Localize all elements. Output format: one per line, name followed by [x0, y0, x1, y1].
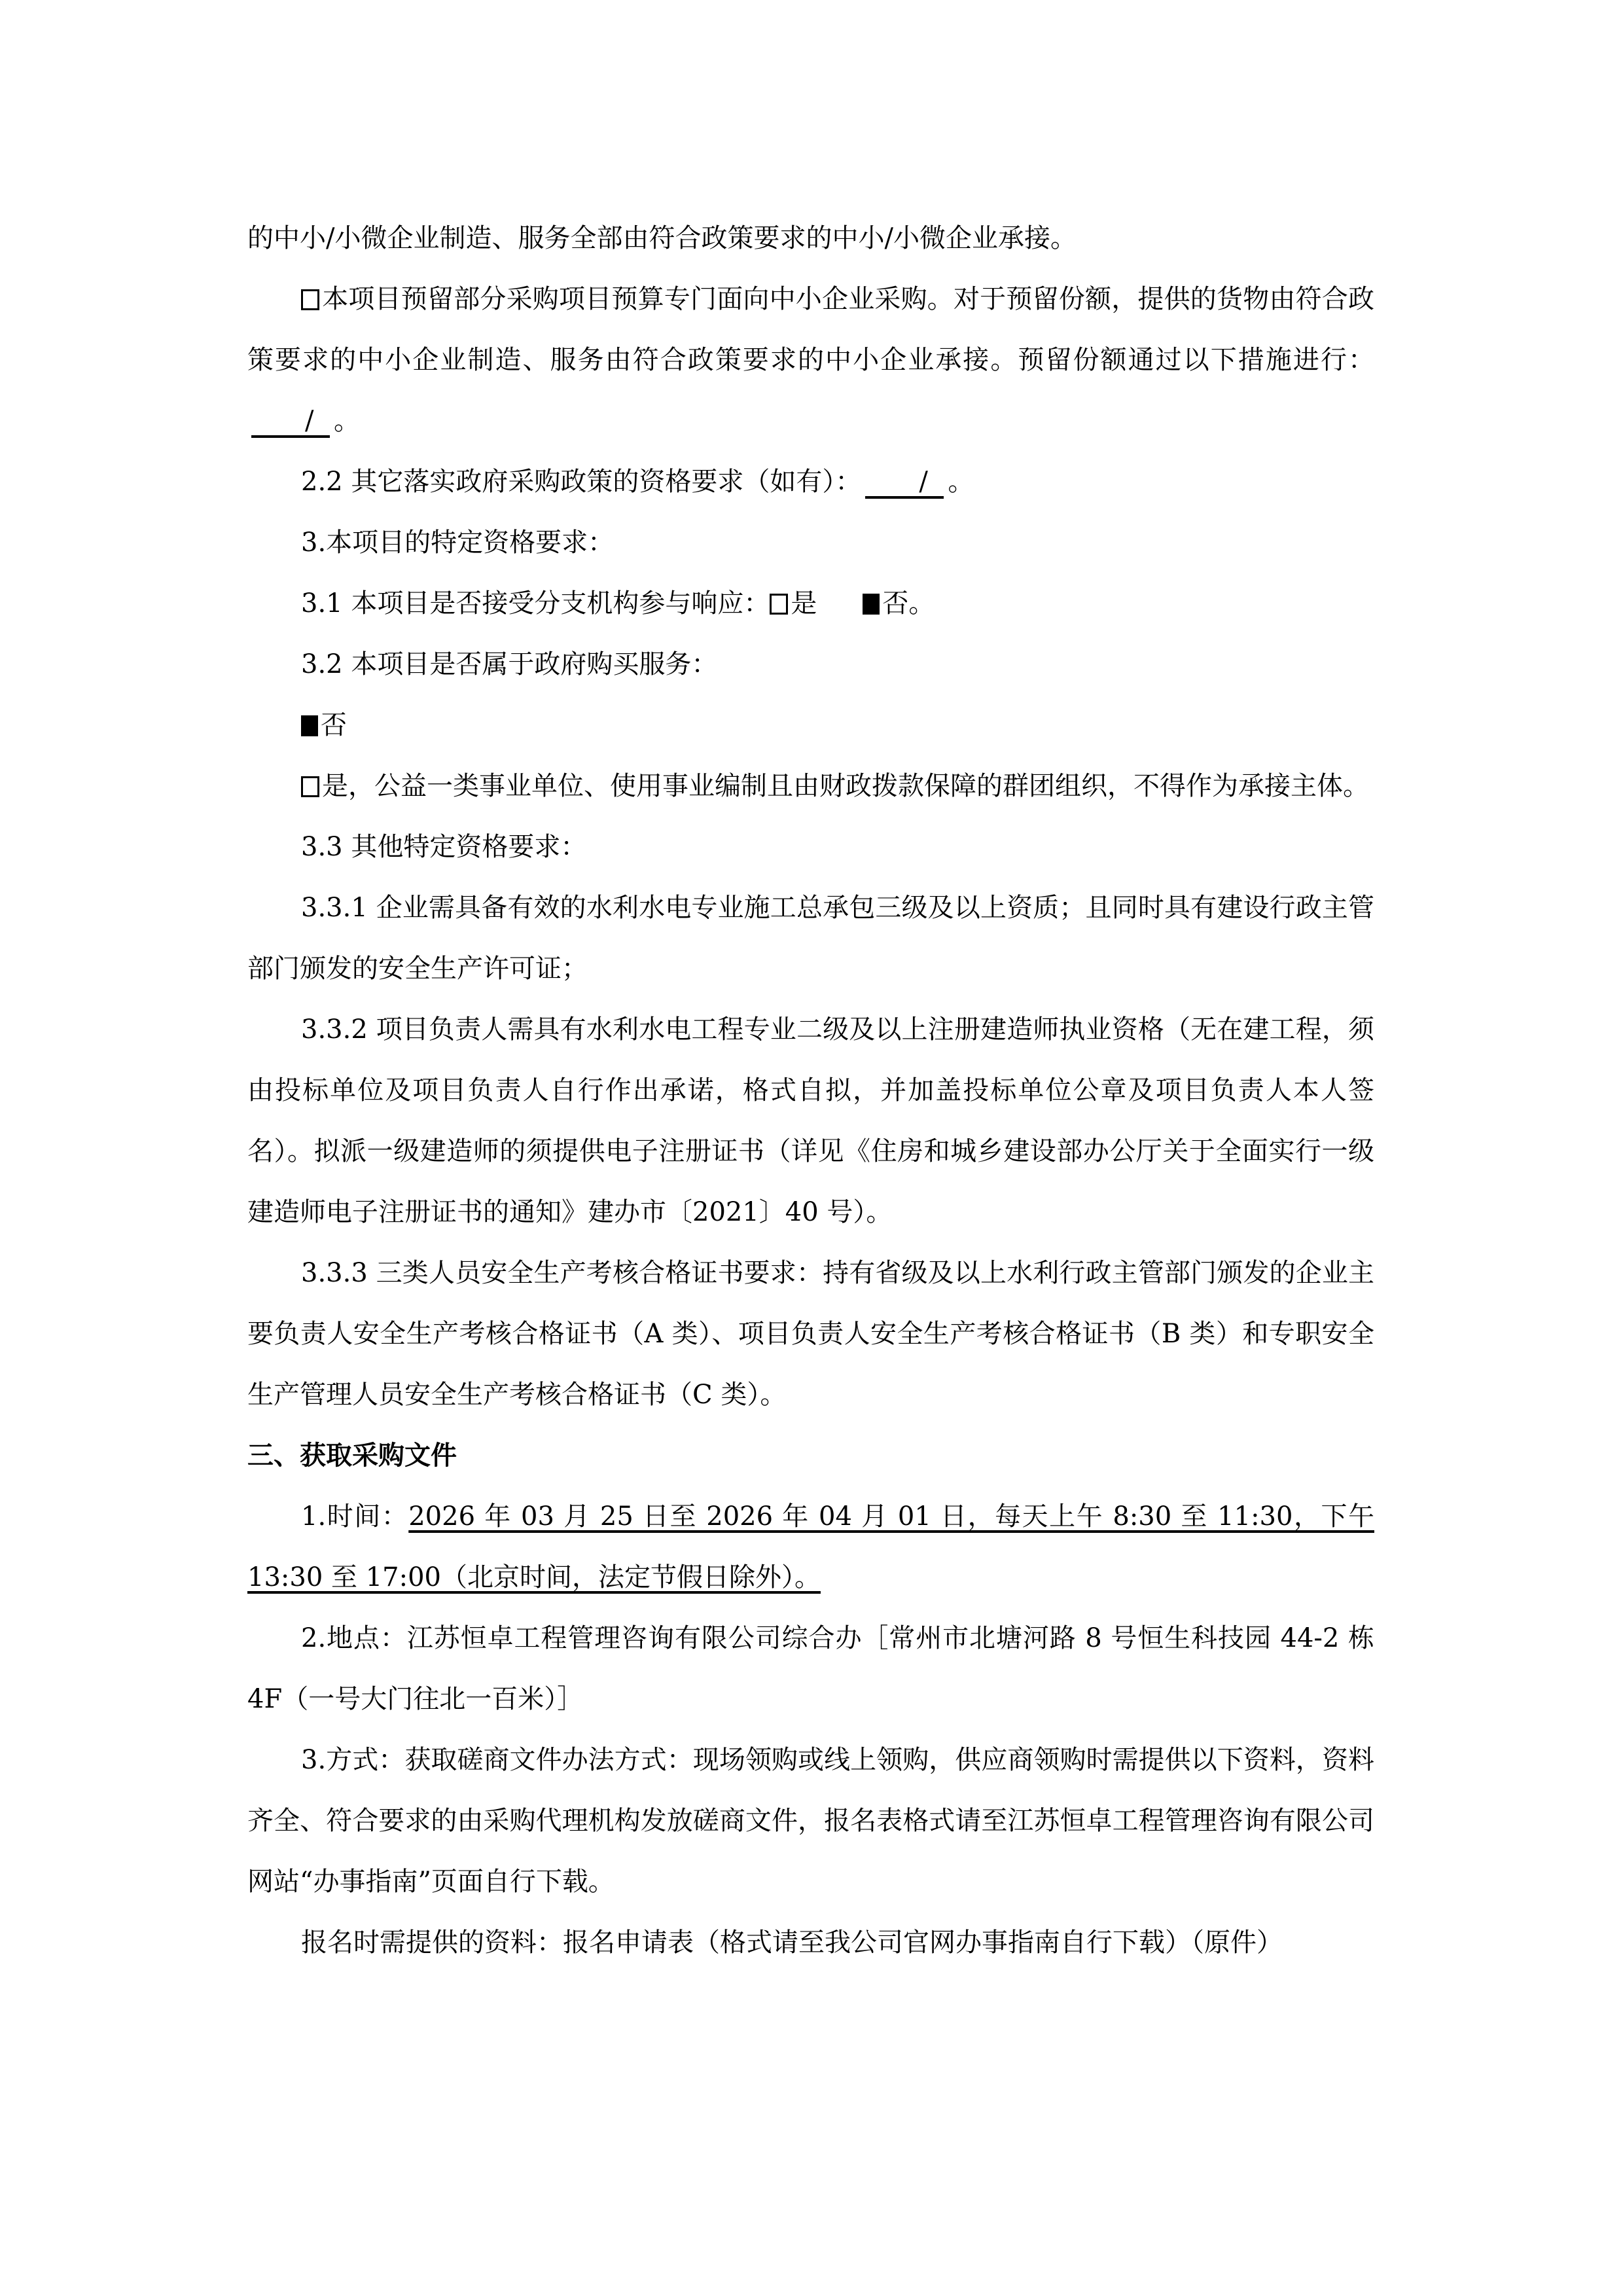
reserve-text: 本项目预留部分采购项目预算专门面向中小企业采购。对于预留份额，提供的货物由符合政… — [247, 284, 1374, 375]
paragraph-3-3: 3.3 其他特定资格要求： — [247, 817, 1374, 878]
paragraph-3-2: 3.2 本项目是否属于政府购买服务： — [247, 634, 1374, 695]
paragraph-3-3-2: 3.3.2 项目负责人需具有水利水电工程专业二级及以上注册建造师执业资格（无在建… — [247, 999, 1374, 1243]
paragraph-location: 2.地点：江苏恒卓工程管理咨询有限公司综合办［常州市北塘河路 8 号恒生科技园 … — [247, 1608, 1374, 1730]
time-label: 1.时间： — [301, 1501, 408, 1532]
checkbox-checked-icon — [301, 715, 318, 736]
fill-blank: / — [251, 406, 330, 438]
option-no: 否 — [321, 710, 347, 740]
section-heading-3: 三、获取采购文件 — [247, 1426, 1374, 1486]
option-yes: 是 — [791, 588, 817, 619]
s22-text: 2.2 其它落实政府采购政策的资格要求（如有）： — [301, 467, 861, 497]
paragraph-required-materials: 报名时需提供的资料：报名申请表（格式请至我公司官网办事指南自行下载）（原件） — [247, 1912, 1374, 1973]
paragraph-reserve-option: 本项目预留部分采购项目预算专门面向中小企业采购。对于预留份额，提供的货物由符合政… — [247, 269, 1374, 452]
paragraph-3-1: 3.1 本项目是否接受分支机构参与响应：是否。 — [247, 573, 1374, 634]
checkbox-unchecked-icon — [301, 289, 319, 310]
paragraph-2-2: 2.2 其它落实政府采购政策的资格要求（如有）：/。 — [247, 452, 1374, 512]
time-value: 2026 年 03 月 25 日至 2026 年 04 月 01 日，每天上午 … — [247, 1501, 1374, 1592]
paragraph-3-2-yes: 是，公益一类事业单位、使用事业编制且由财政拨款保障的群团组织，不得作为承接主体。 — [247, 756, 1374, 817]
paragraph-sme-continuation: 的中小/小微企业制造、服务全部由符合政策要求的中小/小微企业承接。 — [247, 208, 1374, 269]
document-page: 的中小/小微企业制造、服务全部由符合政策要求的中小/小微企业承接。 本项目预留部… — [247, 208, 1374, 1973]
paragraph-3-3-1: 3.3.1 企业需具备有效的水利水电专业施工总承包三级及以上资质；且同时具有建设… — [247, 878, 1374, 999]
checkbox-checked-icon — [863, 594, 880, 615]
paragraph-3: 3.本项目的特定资格要求： — [247, 512, 1374, 573]
s31-text: 3.1 本项目是否接受分支机构参与响应： — [301, 588, 770, 619]
paragraph-3-2-no: 否 — [247, 695, 1374, 756]
paragraph-method: 3.方式：获取磋商文件办法方式：现场领购或线上领购，供应商领购时需提供以下资料，… — [247, 1730, 1374, 1912]
paragraph-3-3-3: 3.3.3 三类人员安全生产考核合格证书要求：持有省级及以上水利行政主管部门颁发… — [247, 1243, 1374, 1426]
checkbox-unchecked-icon — [770, 594, 788, 615]
checkbox-unchecked-icon — [301, 776, 319, 797]
option-yes: 是，公益一类事业单位、使用事业编制且由财政拨款保障的群团组织，不得作为承接主体。 — [322, 771, 1369, 801]
fill-blank: / — [865, 467, 944, 499]
punct: 。 — [948, 467, 974, 497]
option-no: 否。 — [882, 588, 935, 619]
paragraph-time: 1.时间：2026 年 03 月 25 日至 2026 年 04 月 01 日，… — [247, 1486, 1374, 1608]
punct: 。 — [334, 406, 360, 436]
